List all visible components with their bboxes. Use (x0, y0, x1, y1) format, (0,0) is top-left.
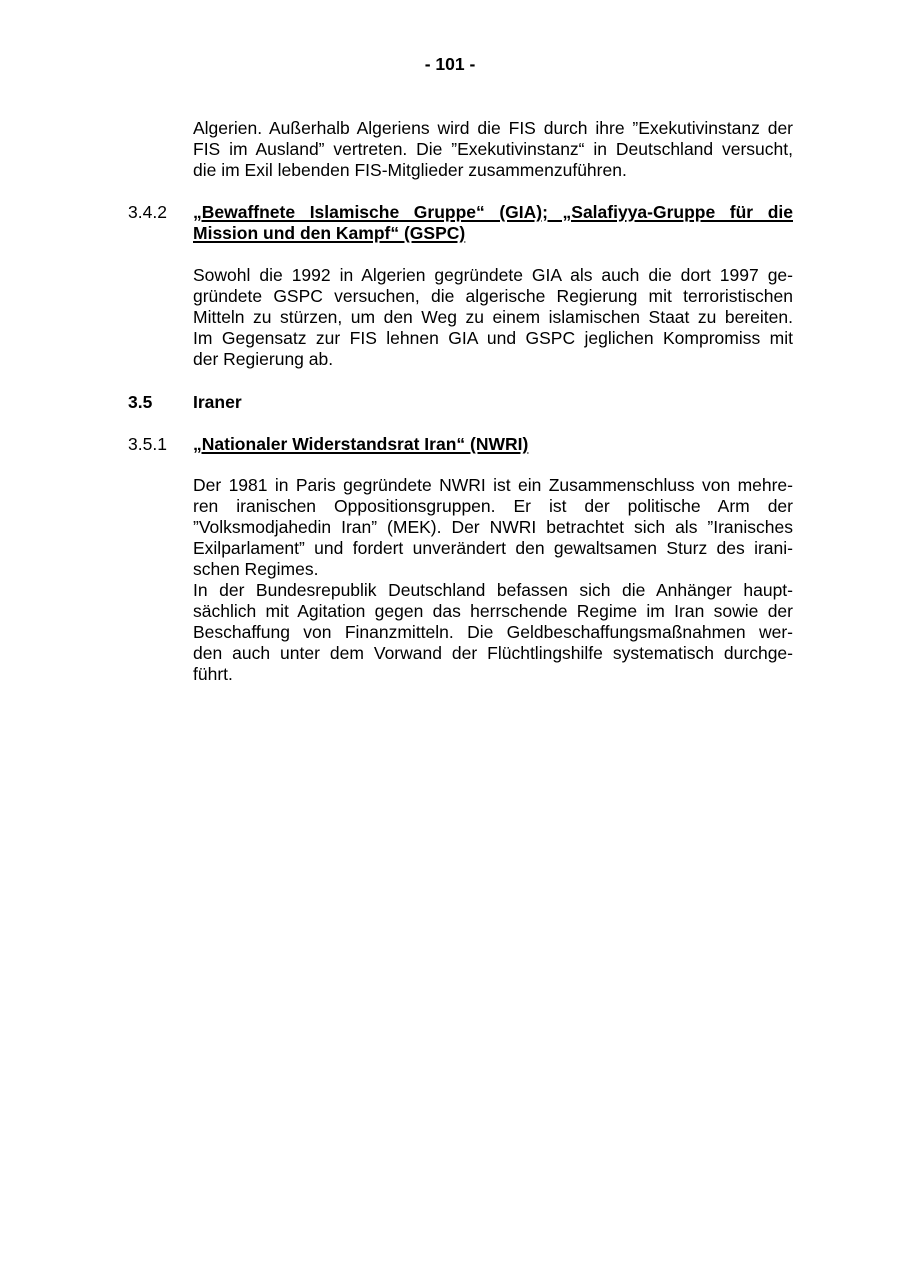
text-line: Der 1981 in Paris gegründete NWRI ist ei… (193, 475, 793, 496)
text-line: Im Gegensatz zur FIS lehnen GIA und GSPC… (193, 328, 793, 349)
text-line: gründete GSPC versuchen, die algerische … (193, 286, 793, 307)
title-line: Iraner (193, 392, 793, 413)
section-title: „Nationaler Widerstandsrat Iran“ (NWRI) (193, 434, 793, 455)
text-line: Sowohl die 1992 in Algerien gegründete G… (193, 265, 793, 286)
text-line: Mitteln zu stürzen, um den Weg zu einem … (193, 307, 793, 328)
page-number: - 101 - (0, 53, 900, 75)
section-number: 3.5.1 (128, 434, 167, 455)
text-line: Algerien. Außerhalb Algeriens wird die F… (193, 118, 793, 139)
section-title: Iraner (193, 392, 793, 413)
text-line: schen Regimes. (193, 559, 793, 580)
section-3-5-1-paragraph-2: In der Bundesrepublik Deutschland befass… (193, 580, 793, 685)
text-line: ren iranischen Oppositionsgruppen. Er is… (193, 496, 793, 517)
section-3-4-2-paragraph: Sowohl die 1992 in Algerien gegründete G… (193, 265, 793, 370)
text-line: die im Exil lebenden FIS-Mitglieder zusa… (193, 160, 793, 181)
text-line: führt. (193, 664, 793, 685)
intro-paragraph: Algerien. Außerhalb Algeriens wird die F… (193, 118, 793, 181)
text-line: Beschaffung von Finanzmitteln. Die Geldb… (193, 622, 793, 643)
text-line: Exilparlament” und fordert unverändert d… (193, 538, 793, 559)
section-number: 3.5 (128, 392, 152, 413)
text-line: FIS im Ausland” vertreten. Die ”Exekutiv… (193, 139, 793, 160)
section-title: „Bewaffnete Islamische Gruppe“ (GIA); „S… (193, 202, 793, 244)
text-line: den auch unter dem Vorwand der Flüchtlin… (193, 643, 793, 664)
text-line: In der Bundesrepublik Deutschland befass… (193, 580, 793, 601)
text-line: sächlich mit Agitation gegen das herrsch… (193, 601, 793, 622)
title-line: Mission und den Kampf“ (GSPC) (193, 223, 465, 244)
section-3-5-1-paragraph-1: Der 1981 in Paris gegründete NWRI ist ei… (193, 475, 793, 580)
text-line: ”Volksmodjahedin Iran” (MEK). Der NWRI b… (193, 517, 793, 538)
text-line: der Regierung ab. (193, 349, 793, 370)
title-line: „Bewaffnete Islamische Gruppe“ (GIA); „S… (193, 202, 793, 223)
section-number: 3.4.2 (128, 202, 167, 223)
title-line: „Nationaler Widerstandsrat Iran“ (NWRI) (193, 434, 528, 455)
